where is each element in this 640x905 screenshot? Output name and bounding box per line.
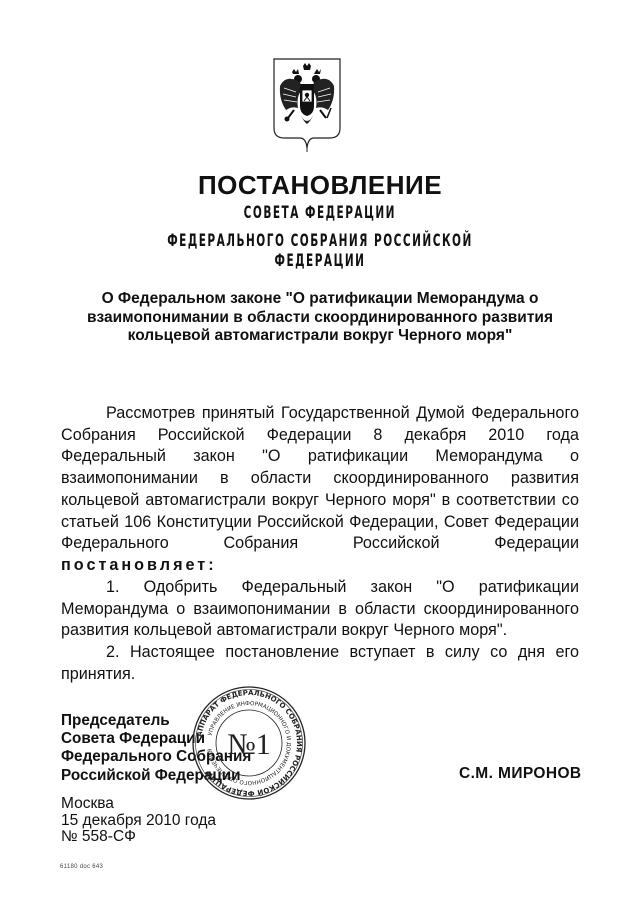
- document-number: № 558-СФ: [61, 829, 216, 846]
- issuer-line-1: СОВЕТА ФЕДЕРАЦИИ: [0, 203, 640, 223]
- footer-code: 61180 doc 643: [60, 864, 103, 870]
- signatory-name: С.М. МИРОНОВ: [459, 765, 582, 783]
- resolves-keyword: постановляет:: [61, 556, 217, 574]
- resolution-points: 1. Одобрить Федеральный закон "О ратифик…: [61, 577, 579, 686]
- point-2: 2. Настоящее постановление вступает в си…: [61, 642, 579, 685]
- document-title: ПОСТАНОВЛЕНИЕ: [0, 170, 640, 201]
- issuer-line-2-text: ФЕДЕРАЛЬНОГО СОБРАНИЯ РОССИЙСКОЙ ФЕДЕРАЦ…: [122, 231, 519, 271]
- preamble-text: Рассмотрев принятый Государственной Думо…: [61, 404, 579, 552]
- preamble-paragraph: Рассмотрев принятый Государственной Думо…: [61, 403, 579, 577]
- coat-of-arms-icon: [270, 56, 344, 154]
- official-stamp-icon: АППАРАТ ФЕДЕРАЛЬНОГО СОБРАНИЯ РОССИЙСКОЙ…: [190, 684, 308, 802]
- point-1: 1. Одобрить Федеральный закон "О ратифик…: [61, 577, 579, 642]
- preamble: Рассмотрев принятый Государственной Думо…: [61, 403, 579, 577]
- issuer-line-2: ФЕДЕРАЛЬНОГО СОБРАНИЯ РОССИЙСКОЙ ФЕДЕРАЦ…: [0, 231, 640, 271]
- stamp-number: №1: [227, 728, 271, 761]
- issue-place: Москва: [61, 796, 216, 813]
- issue-details: Москва 15 декабря 2010 года № 558-СФ: [61, 796, 216, 846]
- issue-date: 15 декабря 2010 года: [61, 813, 216, 830]
- issuer-line-1-text: СОВЕТА ФЕДЕРАЦИИ: [244, 203, 396, 223]
- document-subject: О Федеральном законе "О ратификации Мемо…: [60, 290, 580, 346]
